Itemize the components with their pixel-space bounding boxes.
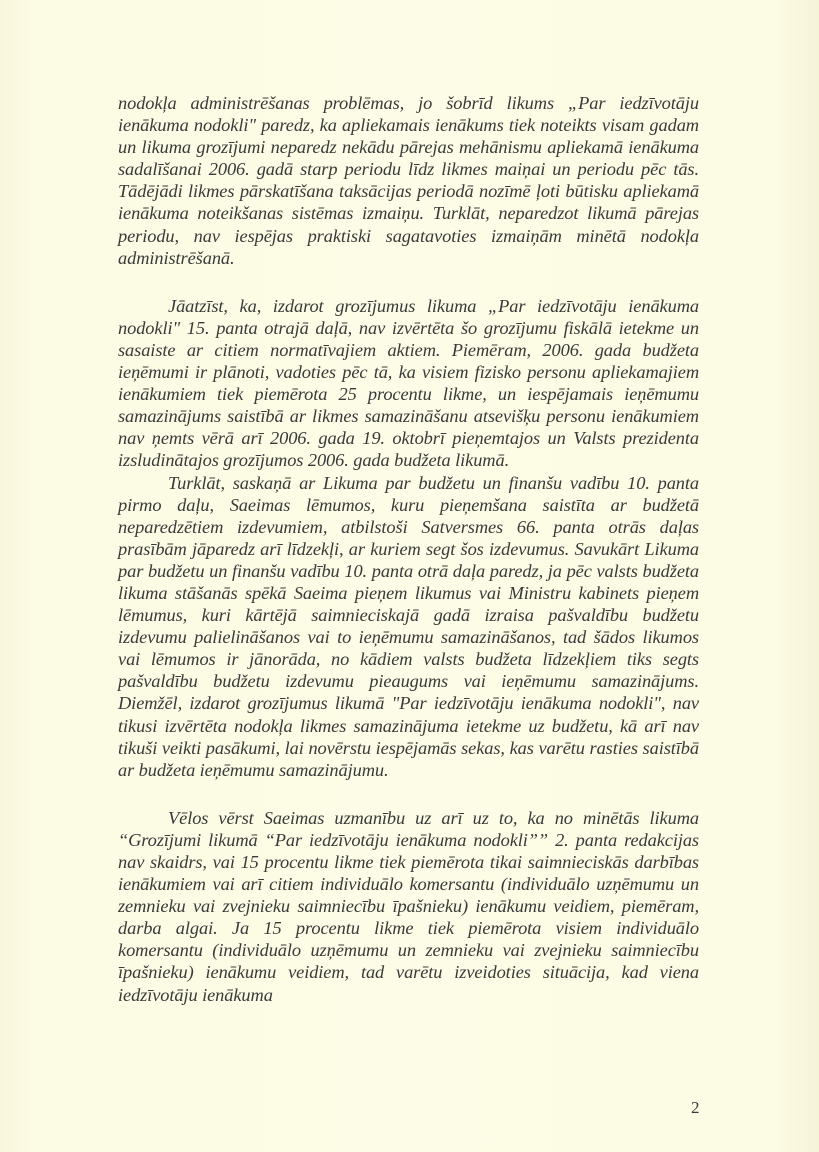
- paragraph-spacer: [118, 269, 699, 295]
- paragraph-spacer: [118, 781, 699, 807]
- page-number: 2: [691, 1098, 700, 1118]
- paragraph-rate-application: Vēlos vērst Saeimas uzmanību uz arī uz t…: [118, 807, 699, 1006]
- paragraph-budget-law: Turklāt, saskaņā ar Likuma par budžetu u…: [118, 472, 699, 781]
- paragraph-fiscal-impact: Jāatzīst, ka, izdarot grozījumus likuma …: [118, 295, 699, 472]
- scanned-page: nodokļa administrēšanas problēmas, jo šo…: [0, 0, 819, 1152]
- document-body: nodokļa administrēšanas problēmas, jo šo…: [118, 92, 699, 1006]
- paragraph-tax-administration: nodokļa administrēšanas problēmas, jo šo…: [118, 92, 699, 269]
